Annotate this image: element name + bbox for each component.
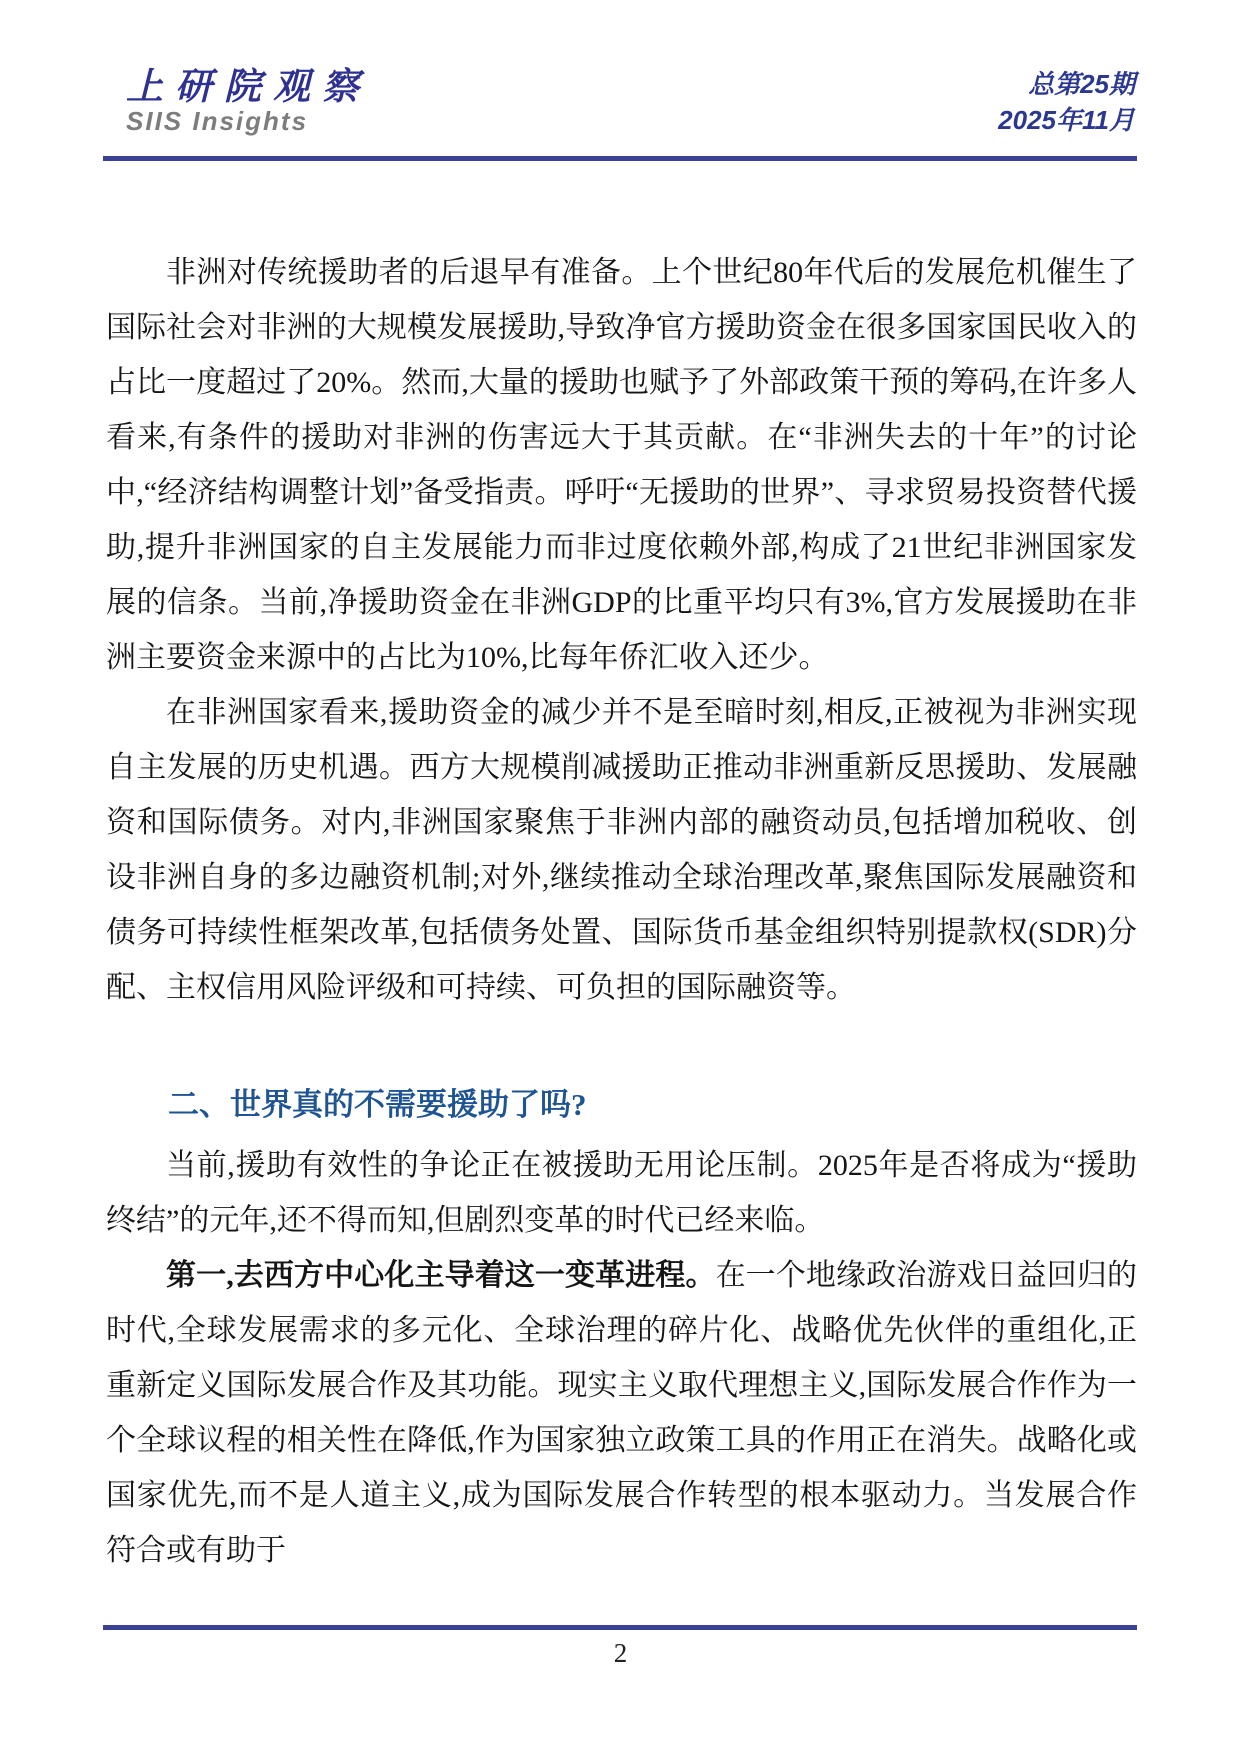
issue-number: 总第25期 <box>998 66 1135 102</box>
issue-date: 2025年11月 <box>998 102 1135 138</box>
issue-info: 总第25期 2025年11月 <box>998 66 1135 138</box>
paragraph-4: 第一,去西方中心化主导着这一变革进程。在一个地缘政治游戏日益回归的时代,全球发展… <box>106 1248 1137 1578</box>
paragraph-4-text: 在一个地缘政治游戏日益回归的时代,全球发展需求的多元化、全球治理的碎片化、战略优… <box>106 1259 1137 1567</box>
header-divider <box>103 156 1137 161</box>
logo-english-title: SIIS Insights <box>126 107 371 135</box>
logo-chinese-title: 上研院观察 <box>126 66 371 106</box>
publication-logo: 上研院观察 SIIS Insights <box>126 66 371 135</box>
footer-divider <box>103 1625 1137 1630</box>
paragraph-1: 非洲对传统援助者的后退早有准备。上个世纪80年代后的发展危机催生了国际社会对非洲… <box>106 245 1137 685</box>
paragraph-2: 在非洲国家看来,援助资金的减少并不是至暗时刻,相反,正被视为非洲实现自主发展的历… <box>106 685 1137 1015</box>
paragraph-3: 当前,援助有效性的争论正在被援助无用论压制。2025年是否将成为“援助终结”的元… <box>106 1138 1137 1248</box>
document-page: 上研院观察 SIIS Insights 总第25期 2025年11月 非洲对传统… <box>0 0 1241 1754</box>
paragraph-4-bold-lead: 第一,去西方中心化主导着这一变革进程。 <box>166 1259 716 1292</box>
article-body: 非洲对传统援助者的后退早有准备。上个世纪80年代后的发展危机催生了国际社会对非洲… <box>106 245 1137 1578</box>
section-heading: 二、世界真的不需要援助了吗? <box>106 1077 1137 1132</box>
page-number: 2 <box>0 1638 1241 1669</box>
